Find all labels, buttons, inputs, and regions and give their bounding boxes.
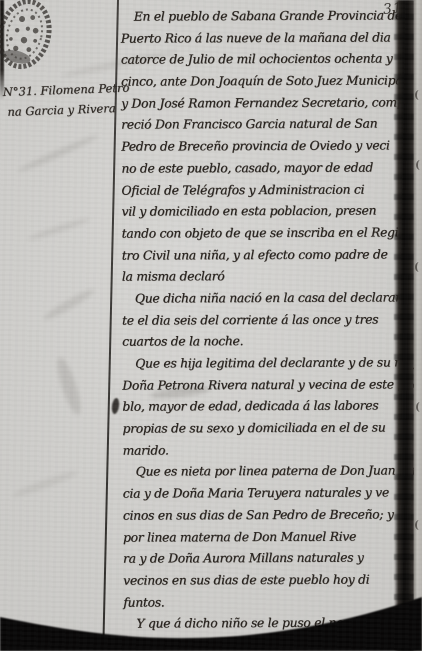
handwritten-line: te el dia seis del corriente á las once … (122, 309, 408, 332)
ink-blot (111, 398, 120, 415)
facing-text-fragment (415, 262, 422, 272)
ink-bleed-smudge (16, 132, 99, 174)
handwritten-line: catorce de Julio de mil ochocientos oche… (121, 49, 407, 72)
book-gutter (394, 0, 414, 651)
facing-text-fragment (416, 160, 422, 170)
margin-note: N°31. Filomena Petro na Garcia y Rivera (2, 78, 117, 122)
ink-bleed-smudge (11, 468, 80, 499)
handwritten-line: propias de su sexo y domiciliada en el d… (122, 417, 408, 440)
handwritten-line: cia y de Doña Maria Teruyera naturales y… (123, 482, 409, 505)
handwritten-line: En el pueblo de Sabana Grande Provincia … (121, 5, 407, 28)
facing-page-edge (414, 0, 422, 651)
handwritten-line: Puerto Rico á las nueve de la mañana del… (121, 27, 407, 50)
facing-text-fragment (415, 90, 422, 100)
ink-bleed-smudge (53, 355, 85, 416)
handwritten-line: la misma declaró (122, 266, 408, 289)
handwritten-line: marido. (123, 439, 409, 462)
scan-bottom-edge (0, 591, 422, 651)
handwritten-line: Que es hija legitima del declarante y de… (122, 352, 408, 375)
handwritten-line: cinco, ante Don Joaquín de Soto Juez Mun… (121, 70, 407, 93)
handwritten-line: Que es nieta por linea paterna de Don Ju… (123, 461, 409, 484)
handwritten-line: por linea materna de Don Manuel Rive (123, 526, 409, 549)
handwritten-line: cuartos de la noche. (122, 331, 408, 354)
handwritten-line: vecinos en sus dias de este pueblo hoy d… (123, 569, 409, 592)
official-seal-stamp (0, 0, 64, 81)
record-text-block: En el pueblo de Sabana Grande Provincia … (121, 5, 410, 635)
ink-bleed-smudge (27, 216, 92, 242)
handwritten-line: Que dicha niña nació en la casa del decl… (122, 287, 408, 310)
handwritten-line: Pedro de Breceño provincia de Oviedo y v… (121, 136, 407, 159)
handwritten-line: no de este pueblo, casado, mayor de edad (121, 157, 407, 180)
margin-note-line: na Garcia y Rivera (3, 98, 118, 122)
facing-text-fragment (415, 520, 422, 530)
facing-text-fragment (416, 402, 422, 412)
handwritten-line: Doña Petrona Rivera natural y vecina de … (122, 374, 408, 397)
handwritten-line: vil y domiciliado en esta poblacion, pre… (121, 201, 407, 224)
handwritten-line: cinos en sus dias de San Pedro de Breceñ… (123, 504, 409, 527)
handwritten-line: ra y de Doña Aurora Millans naturales y (123, 548, 409, 571)
handwritten-line: reció Don Francisco Garcia natural de Sa… (121, 114, 407, 137)
handwritten-line: Oficial de Telégrafos y Administracion c… (121, 179, 407, 202)
handwritten-line: y Don José Ramon Fernandez Secretario, c… (121, 92, 407, 115)
ink-bleed-smudge (42, 286, 97, 323)
scanned-page: 31 N°31. Filomena Petro na Garcia y Rive… (0, 0, 422, 651)
handwritten-line: tro Civil una niña, y al efecto como pad… (122, 244, 408, 267)
handwritten-line: tando con objeto de que se inscriba en e… (122, 222, 408, 245)
handwritten-line: blo, mayor de edad, dedicada á las labor… (122, 396, 408, 419)
